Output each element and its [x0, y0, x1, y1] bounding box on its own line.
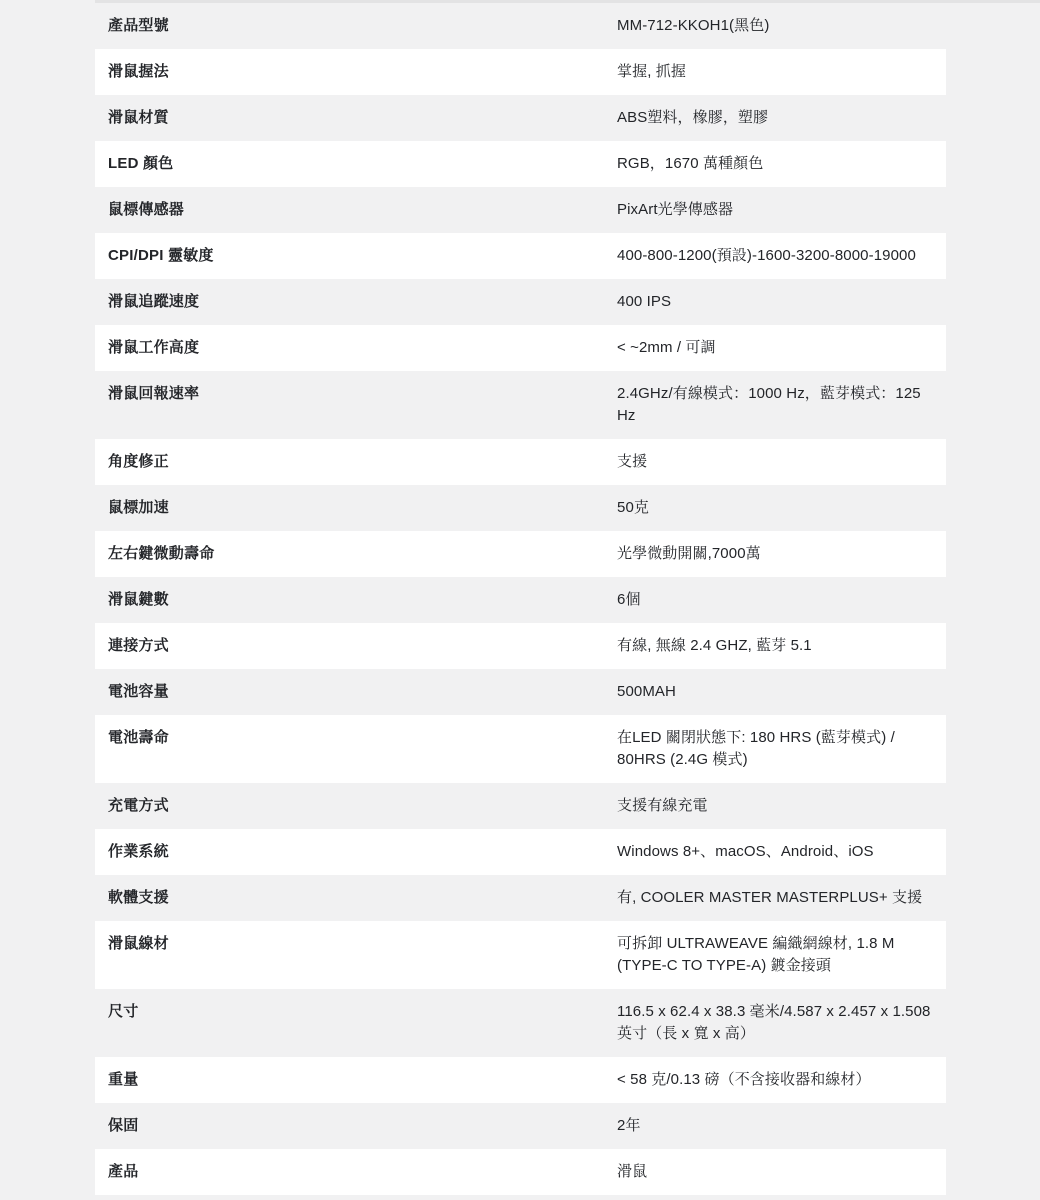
- table-row: 鼠標傳感器 PixArt光學傳感器: [95, 187, 946, 233]
- spec-value: RGB，1670 萬種顏色: [617, 153, 946, 175]
- spec-label: 滑鼠鍵數: [95, 589, 617, 611]
- spec-value: < ~2mm / 可調: [617, 337, 946, 359]
- table-row: 滑鼠鍵數 6個: [95, 577, 946, 623]
- table-row: 軟體支援 有, COOLER MASTER MASTERPLUS+ 支援: [95, 875, 946, 921]
- spec-table: 產品型號 MM-712-KKOH1(黑色) 滑鼠握法 掌握, 抓握 滑鼠材質 A…: [95, 3, 946, 1195]
- spec-label: 產品: [95, 1161, 617, 1183]
- spec-label: 保固: [95, 1115, 617, 1137]
- table-row: 滑鼠追蹤速度 400 IPS: [95, 279, 946, 325]
- table-row: 角度修正 支援: [95, 439, 946, 485]
- table-row: 連接方式 有線, 無線 2.4 GHZ, 藍芽 5.1: [95, 623, 946, 669]
- spec-label: 作業系統: [95, 841, 617, 863]
- spec-value: 50克: [617, 497, 946, 519]
- spec-value: 400 IPS: [617, 291, 946, 313]
- table-row: 滑鼠線材 可拆卸 ULTRAWEAVE 編織網線材, 1.8 M (TYPE-C…: [95, 921, 946, 989]
- product-spec-page: 產品型號 MM-712-KKOH1(黑色) 滑鼠握法 掌握, 抓握 滑鼠材質 A…: [0, 0, 1040, 1200]
- table-row: LED 顏色 RGB，1670 萬種顏色: [95, 141, 946, 187]
- table-row: 鼠標加速 50克: [95, 485, 946, 531]
- spec-value: 有線, 無線 2.4 GHZ, 藍芽 5.1: [617, 635, 946, 657]
- spec-value: PixArt光學傳感器: [617, 199, 946, 221]
- spec-label: 鼠標加速: [95, 497, 617, 519]
- table-row: 左右鍵微動壽命 光學微動開關,7000萬: [95, 531, 946, 577]
- spec-value: 2年: [617, 1115, 946, 1137]
- spec-label: 左右鍵微動壽命: [95, 543, 617, 565]
- table-row: CPI/DPI 靈敏度 400-800-1200(預設)-1600-3200-8…: [95, 233, 946, 279]
- spec-label: 滑鼠追蹤速度: [95, 291, 617, 313]
- table-row: 產品 滑鼠: [95, 1149, 946, 1195]
- spec-label: 鼠標傳感器: [95, 199, 617, 221]
- spec-label: 滑鼠握法: [95, 61, 617, 83]
- spec-value: ABS塑料，橡膠，塑膠: [617, 107, 946, 129]
- spec-label: 角度修正: [95, 451, 617, 473]
- spec-label: 滑鼠回報速率: [95, 383, 617, 405]
- table-row: 保固 2年: [95, 1103, 946, 1149]
- spec-value: 支援有線充電: [617, 795, 946, 817]
- spec-label: 電池容量: [95, 681, 617, 703]
- table-row: 滑鼠材質 ABS塑料，橡膠，塑膠: [95, 95, 946, 141]
- table-row: 充電方式 支援有線充電: [95, 783, 946, 829]
- spec-value: 6個: [617, 589, 946, 611]
- spec-value: 掌握, 抓握: [617, 61, 946, 83]
- table-row: 電池壽命 在LED 關閉狀態下: 180 HRS (藍芽模式) / 80HRS …: [95, 715, 946, 783]
- spec-label: LED 顏色: [95, 153, 617, 175]
- table-row: 作業系統 Windows 8+、macOS、Android、iOS: [95, 829, 946, 875]
- spec-value: 支援: [617, 451, 946, 473]
- spec-value: 500MAH: [617, 681, 946, 703]
- spec-label: 電池壽命: [95, 727, 617, 749]
- spec-value: 有, COOLER MASTER MASTERPLUS+ 支援: [617, 887, 946, 909]
- spec-value: 116.5 x 62.4 x 38.3 毫米/4.587 x 2.457 x 1…: [617, 1001, 946, 1045]
- table-row: 產品型號 MM-712-KKOH1(黑色): [95, 3, 946, 49]
- spec-value: 2.4GHz/有線模式：1000 Hz，藍芽模式：125 Hz: [617, 383, 946, 427]
- table-row: 尺寸 116.5 x 62.4 x 38.3 毫米/4.587 x 2.457 …: [95, 989, 946, 1057]
- table-row: 滑鼠握法 掌握, 抓握: [95, 49, 946, 95]
- spec-value: 在LED 關閉狀態下: 180 HRS (藍芽模式) / 80HRS (2.4G…: [617, 727, 946, 771]
- spec-label: 軟體支援: [95, 887, 617, 909]
- spec-value: 400-800-1200(預設)-1600-3200-8000-19000: [617, 245, 946, 267]
- spec-label: 產品型號: [95, 15, 617, 37]
- spec-value: 滑鼠: [617, 1161, 946, 1183]
- spec-label: 滑鼠線材: [95, 933, 617, 955]
- spec-value: 可拆卸 ULTRAWEAVE 編織網線材, 1.8 M (TYPE-C TO T…: [617, 933, 946, 977]
- spec-label: 重量: [95, 1069, 617, 1091]
- spec-value: Windows 8+、macOS、Android、iOS: [617, 841, 946, 863]
- spec-label: 滑鼠材質: [95, 107, 617, 129]
- table-row: 重量 < 58 克/0.13 磅（不含接收器和線材）: [95, 1057, 946, 1103]
- spec-value: < 58 克/0.13 磅（不含接收器和線材）: [617, 1069, 946, 1091]
- spec-value: MM-712-KKOH1(黑色): [617, 15, 946, 37]
- table-row: 電池容量 500MAH: [95, 669, 946, 715]
- spec-label: 充電方式: [95, 795, 617, 817]
- table-row: 滑鼠回報速率 2.4GHz/有線模式：1000 Hz，藍芽模式：125 Hz: [95, 371, 946, 439]
- table-row: 滑鼠工作高度 < ~2mm / 可調: [95, 325, 946, 371]
- spec-label: 尺寸: [95, 1001, 617, 1023]
- spec-label: 滑鼠工作高度: [95, 337, 617, 359]
- spec-label: CPI/DPI 靈敏度: [95, 245, 617, 267]
- spec-label: 連接方式: [95, 635, 617, 657]
- spec-value: 光學微動開關,7000萬: [617, 543, 946, 565]
